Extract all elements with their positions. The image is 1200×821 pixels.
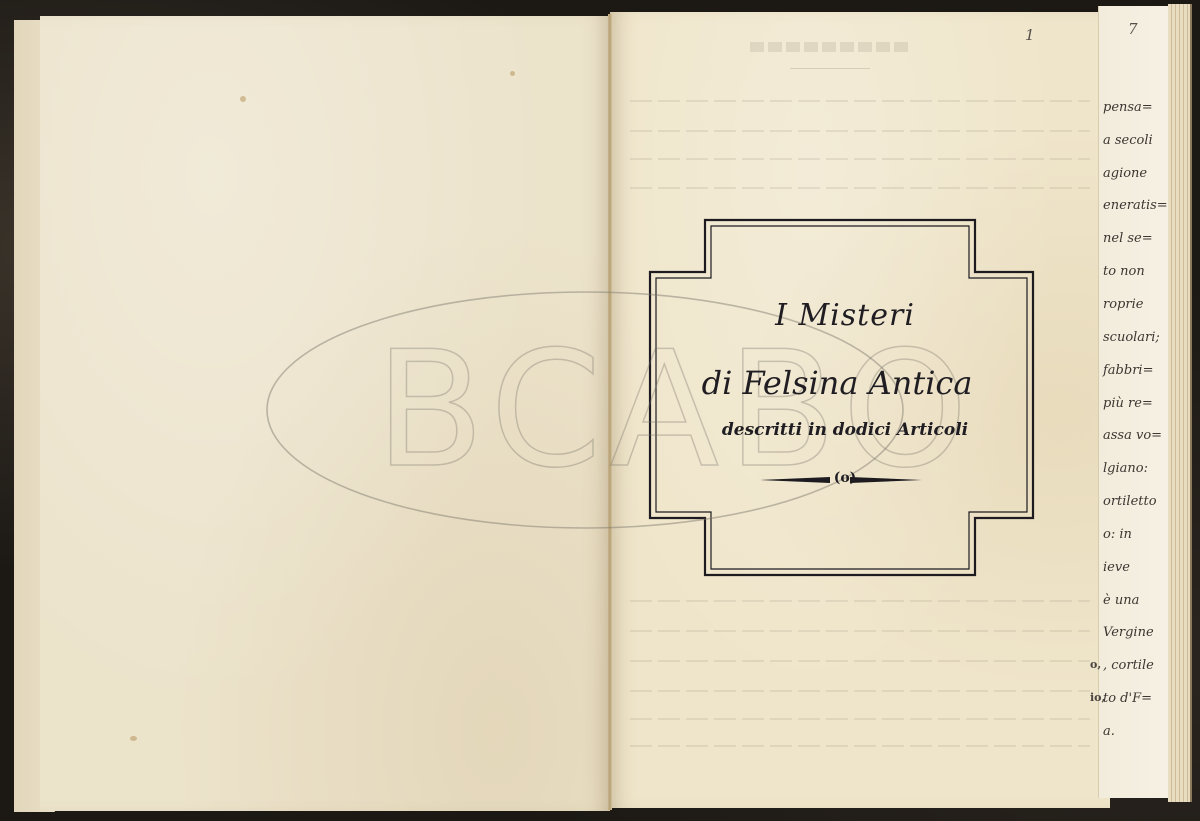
ornament-center: (o) [650, 470, 1040, 486]
title-line-3: descritti in dodici Articoli [650, 420, 1040, 440]
watermark: BCABO [375, 330, 976, 490]
title-line-2: di Felsina Antica [642, 364, 1032, 402]
title-line-1: I Misteri [650, 298, 1040, 333]
